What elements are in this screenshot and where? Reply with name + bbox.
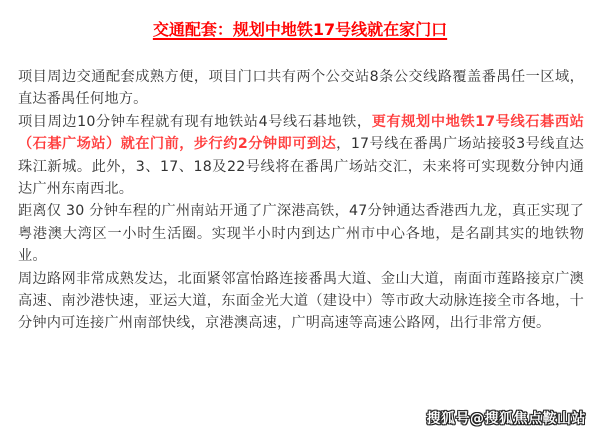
section-title-text: 交通配套：规划中地铁17号线就在家门口 <box>153 20 447 39</box>
watermark: 搜狐号@搜狐焦点鞍山站 <box>427 408 587 428</box>
section-title: 交通配套：规划中地铁17号线就在家门口 <box>0 18 600 42</box>
paragraph-metro: 项目周边10分钟车程就有现有地铁站4号线石碁地铁，更有规划中地铁17号线石碁西站… <box>18 111 584 201</box>
article-body: 项目周边交通配套成熟方便，项目门口共有两个公交站8条公交线路覆盖番禺任一区域，直… <box>18 66 584 335</box>
paragraph-bus-transit: 项目周边交通配套成熟方便，项目门口共有两个公交站8条公交线路覆盖番禺任一区域，直… <box>18 66 584 111</box>
paragraph-high-speed-rail: 距离仅 30 分钟车程的广州南站开通了广深港高铁，47分钟通达香港西九龙，真正实… <box>18 200 584 267</box>
paragraph-road-network: 周边路网非常成熟发达，北面紧邻富怡路连接番禺大道、金山大道，南面市莲路接京广澳高… <box>18 268 584 335</box>
metro-intro-text: 项目周边10分钟车程就有现有地铁站4号线石碁地铁， <box>18 114 372 130</box>
